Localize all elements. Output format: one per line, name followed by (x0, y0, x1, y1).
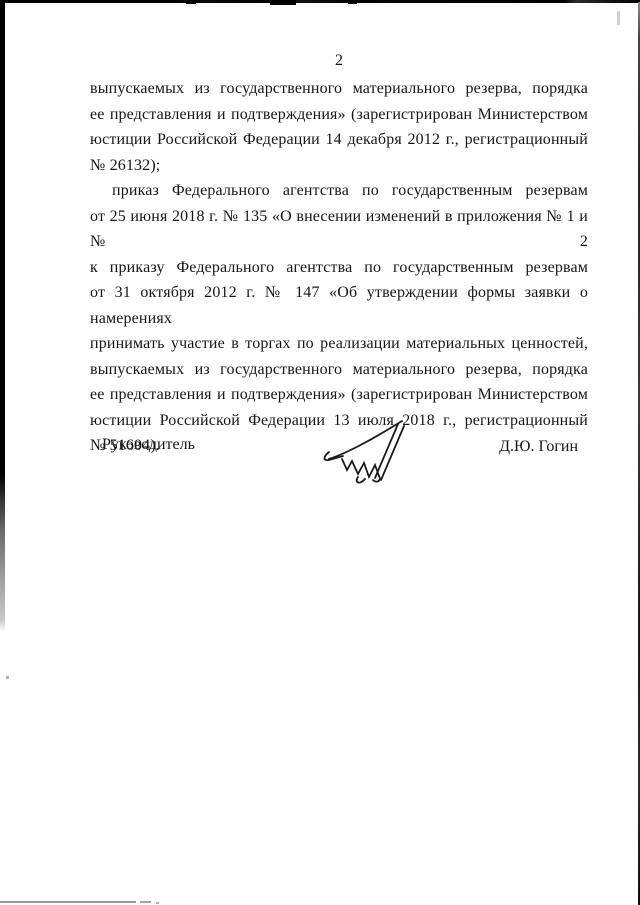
paragraph-line: приказ Федерального агентства по государ… (90, 178, 588, 204)
scan-artifact-blob (270, 0, 296, 5)
scanned-document-page: 2 выпускаемых из государственного матери… (0, 0, 640, 905)
paragraph-line: юстиции Российской Федерации 14 декабря … (90, 127, 588, 153)
scan-bottom-border (0, 901, 136, 903)
scan-artifact-dot (6, 676, 9, 679)
signatory-title: Руководитель (102, 436, 195, 454)
scan-artifact-dot (156, 902, 159, 904)
signature-block: Руководитель Д.Ю. Гогин (90, 432, 588, 492)
paragraph-line: ее представления и подтверждения» (зарег… (90, 382, 588, 408)
paragraph-line: принимать участие в торгах по реализации… (90, 331, 588, 357)
paragraph-line: выпускаемых из государственного материал… (90, 357, 588, 383)
paragraph-line: от 25 июня 2018 г. № 135 «О внесении изм… (90, 204, 588, 255)
scan-artifact-blob (186, 0, 196, 4)
scan-artifact-mark (617, 11, 620, 25)
document-body: выпускаемых из государственного материал… (90, 76, 588, 459)
scan-artifact-dash (140, 901, 151, 903)
paragraph-line: к приказу Федерального агентства по госу… (90, 255, 588, 281)
scan-top-border (0, 0, 640, 3)
signatory-name: Д.Ю. Гогин (499, 438, 578, 456)
paragraph-line: от 31 октября 2012 г. № 147 «Об утвержде… (90, 280, 588, 331)
paragraph-line: № 26132); (90, 153, 588, 179)
paragraph-line: ее представления и подтверждения» (зарег… (90, 102, 588, 128)
paragraph-line: выпускаемых из государственного материал… (90, 76, 588, 102)
scan-artifact-blob (348, 0, 357, 4)
handwritten-signature-icon (322, 414, 414, 486)
page-number: 2 (90, 52, 588, 70)
scan-left-border (0, 0, 5, 632)
